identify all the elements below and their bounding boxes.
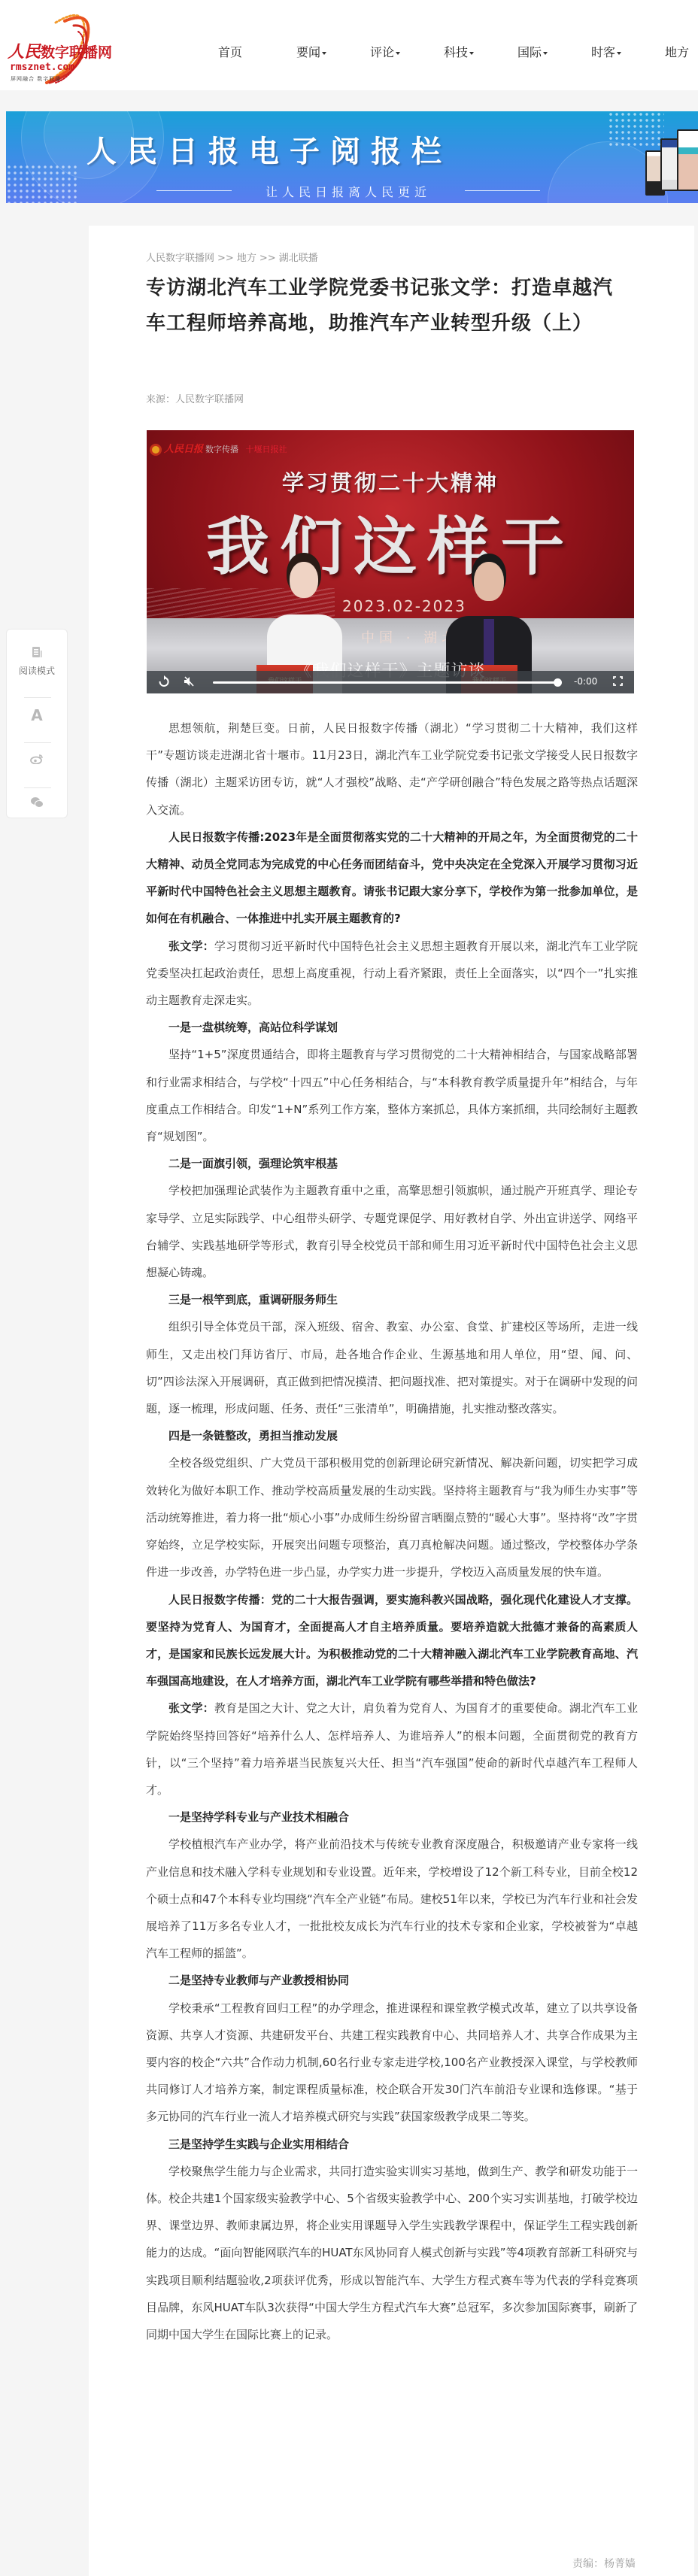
caret-down-icon <box>469 52 474 55</box>
video-channel-logo: 人民日报数字传播 十堰日报社 <box>150 441 287 456</box>
logo-title-rest: 数字联播网 <box>41 44 112 61</box>
nav-label: 评论 <box>370 45 394 59</box>
paragraph: 思想领航，荆楚巨变。日前，人民日报数字传播（湖北）“学习贯彻二十大精神，我们这样… <box>146 715 638 824</box>
logo-char-min: 民 <box>24 42 41 62</box>
caret-down-icon <box>617 52 621 55</box>
host-head <box>290 562 318 598</box>
kiosk-icon <box>660 138 678 191</box>
site-header: 人民数字联播网 rmsznet.com 屏网融合 数字联播 首页 要闻 评论 科… <box>0 0 698 90</box>
logo-domain: rmsznet.com <box>10 62 74 73</box>
logo-title: 人民数字联播网 <box>8 39 112 62</box>
nav-item-home[interactable]: 首页 <box>218 38 275 68</box>
paragraph: 坚持“1+5”深度贯通结合，即将主题教育与学习贯彻党的二十大精神相结合，与国家战… <box>146 1041 638 1150</box>
paragraph: 张文学：教育是国之大计、党之大计，肩负着为党育人、为国育才的重要使命。湖北汽车工… <box>146 1695 638 1804</box>
wechat-icon <box>30 796 44 809</box>
font-size-icon: A <box>31 706 42 724</box>
nav-label: 首页 <box>218 45 242 59</box>
mute-button[interactable] <box>183 675 195 690</box>
video-controls: -0:00 <box>147 671 634 693</box>
source-value: 人民数字联播网 <box>175 394 244 405</box>
article-source: 来源：人民数字联播网 <box>146 391 244 405</box>
interviewer-question: 人民日报数字传播：党的二十大报告强调，要实施科教兴国战略，强化现代化建设人才支撑… <box>146 1586 638 1695</box>
main-nav: 首页 要闻 评论 科技 国际 时客 地方 <box>218 38 695 68</box>
nav-item-news[interactable]: 要闻 <box>296 38 354 68</box>
nav-item-international[interactable]: 国际 <box>517 38 575 68</box>
speaker-name: 张文学： <box>168 1701 214 1715</box>
weibo-icon <box>30 754 44 764</box>
source-label: 来源： <box>146 394 175 405</box>
nav-label: 科技 <box>444 45 468 59</box>
fullscreen-button[interactable] <box>613 675 623 689</box>
editor-credit: 责编：杨菁嫱 <box>572 2556 636 2571</box>
nav-item-shike[interactable]: 时客 <box>591 38 648 68</box>
nav-label: 国际 <box>517 45 542 59</box>
speaker-name: 张文学： <box>168 939 214 953</box>
nav-label: 地方 <box>665 45 689 59</box>
section-heading: 一是一盘棋统筹，高站位科学谋划 <box>146 1014 638 1041</box>
section-heading: 二是一面旗引领，强理论筑牢根基 <box>146 1150 638 1177</box>
breadcrumb-hubei[interactable]: 湖北联播 <box>279 253 318 264</box>
reading-mode-label: 阅读模式 <box>7 664 67 677</box>
video-headline: 学习贯彻二十大精神 <box>147 466 634 497</box>
paragraph: 学校聚焦学生能力与企业需求，共同打造实验实训实习基地，做到生产、教学和研发功能于… <box>146 2158 638 2348</box>
section-heading: 二是坚持专业教师与产业教授相协同 <box>146 1967 638 1994</box>
article-card: 人民数字联播网>>地方>>湖北联播 专访湖北汽车工业学院党委书记张文学：打造卓越… <box>89 226 694 2576</box>
divider <box>24 742 51 743</box>
logo-slogan: 屏网融合 数字联播 <box>11 75 61 83</box>
breadcrumb: 人民数字联播网>>地方>>湖北联播 <box>146 250 318 264</box>
reading-mode-button[interactable]: 阅读模式 <box>7 646 67 677</box>
section-heading: 一是坚持学科专业与产业技术相融合 <box>146 1804 638 1831</box>
banner-subtitle: 让人民日报离人民更近 <box>156 183 540 200</box>
breadcrumb-separator: >> <box>217 253 234 264</box>
divider <box>24 787 51 788</box>
paragraph: 组织引导全体党员干部，深入班级、宿舍、教室、办公室、食堂、扩建校区等场所，走进一… <box>146 1313 638 1422</box>
nav-item-local[interactable]: 地方 <box>665 38 695 68</box>
nav-label: 时客 <box>591 45 615 59</box>
volume-muted-icon <box>183 675 195 687</box>
logo-char-ren: 人 <box>8 42 24 62</box>
guest-head <box>474 562 504 601</box>
paragraph: 学校植根汽车产业办学，将产业前沿技术与传统专业教育深度融合，积极邀请产业专家将一… <box>146 1831 638 1967</box>
video-logo-brand: 人民日报 <box>164 444 203 455</box>
paragraph: 张文学：学习贯彻习近平新时代中国特色社会主义思想主题教育开展以来，湖北汽车工业学… <box>146 933 638 1015</box>
share-weibo-button[interactable] <box>7 753 67 767</box>
divider <box>24 697 51 698</box>
banner-title: 人民日报电子阅报栏 <box>6 128 533 171</box>
video-progress-bar[interactable] <box>213 681 557 684</box>
video-progress-handle[interactable] <box>554 678 562 687</box>
reading-mode-icon <box>31 646 43 658</box>
side-toolbar: 阅读模式 A <box>6 629 68 818</box>
banner-subtitle-wrap: 让人民日报离人民更近 <box>156 183 540 198</box>
replay-icon <box>159 675 169 687</box>
video-logo-partner: 十堰日报社 <box>246 445 287 454</box>
paragraph-text: 学习贯彻习近平新时代中国特色社会主义思想主题教育开展以来，湖北汽车工业学院党委坚… <box>146 939 638 1007</box>
section-heading: 三是一根竿到底，重调研服务师生 <box>146 1286 638 1313</box>
site-logo[interactable]: 人民数字联播网 rmsznet.com 屏网融合 数字联播 <box>3 9 150 84</box>
interviewer-question: 人民日报数字传播:2023年是全面贯彻落实党的二十大精神的开局之年，为全面贯彻党… <box>146 824 638 933</box>
caret-down-icon <box>322 52 326 55</box>
share-wechat-button[interactable] <box>7 796 67 812</box>
section-heading: 三是坚持学生实践与企业实用相结合 <box>146 2131 638 2158</box>
breadcrumb-local[interactable]: 地方 <box>237 253 256 264</box>
nav-item-tech[interactable]: 科技 <box>444 38 501 68</box>
article-body: 思想领航，荆楚巨变。日前，人民日报数字传播（湖北）“学习贯彻二十大精神，我们这样… <box>146 715 638 2348</box>
divider <box>465 190 540 191</box>
breadcrumb-separator: >> <box>259 253 276 264</box>
kiosk-icon <box>677 129 698 191</box>
caret-down-icon <box>543 52 548 55</box>
paragraph-text: 教育是国之大计、党之大计，肩负着为党育人、为国育才的重要使命。湖北汽车工业学院始… <box>146 1701 638 1797</box>
section-heading: 四是一条链整改，勇担当推动发展 <box>146 1422 638 1449</box>
editor-label: 责编： <box>572 2558 604 2570</box>
breadcrumb-home[interactable]: 人民数字联播网 <box>146 253 214 264</box>
video-big-title: 我们这样干 <box>147 496 634 587</box>
replay-button[interactable] <box>159 675 169 690</box>
fullscreen-icon <box>613 676 623 686</box>
font-size-button[interactable]: A <box>7 706 67 724</box>
video-logo-suffix: 数字传播 <box>205 445 238 454</box>
video-time: -0:00 <box>574 676 597 687</box>
paragraph: 学校秉承“工程教育回归工程”的办学理念，推进课程和课堂教学模式改革，建立了以共享… <box>146 1995 638 2131</box>
epaper-banner[interactable]: 人民日报电子阅报栏 让人民日报离人民更近 <box>6 111 698 203</box>
video-player[interactable]: 人民日报数字传播 十堰日报社 学习贯彻二十大精神 我们这样干 2023.02-2… <box>147 430 634 693</box>
editor-name: 杨菁嫱 <box>604 2558 636 2570</box>
nav-item-opinion[interactable]: 评论 <box>370 38 427 68</box>
article-title: 专访湖北汽车工业学院党委书记张文学：打造卓越汽车工程师培养高地，助推汽车产业转型… <box>146 271 627 341</box>
paragraph: 学校把加强理论武装作为主题教育重中之重，高擎思想引领旗帜，通过脱产开班真学、理论… <box>146 1177 638 1286</box>
kiosk-devices-image <box>645 134 698 203</box>
rmrb-logo-icon <box>150 444 162 456</box>
caret-down-icon <box>396 52 400 55</box>
paragraph: 全校各级党组织、广大党员干部积极用党的创新理论研究新情况、解决新问题，切实把学习… <box>146 1449 638 1585</box>
nav-label: 要闻 <box>296 45 320 59</box>
